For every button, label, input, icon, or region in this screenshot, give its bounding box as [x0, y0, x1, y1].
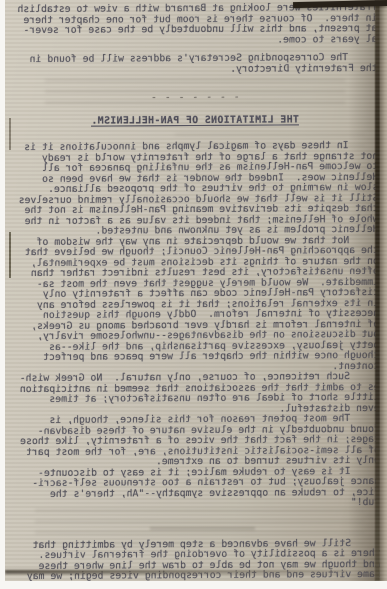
paragraph-silence: The most potent reason for this silence,… [14, 414, 380, 469]
photo-scan: fraternities were looking at Barnard wit… [0, 0, 387, 589]
paragraph-advanced: Still we have advanced a step merely by … [15, 538, 381, 581]
page-right-edge-strip [380, 0, 387, 581]
paragraph-reticence: Such reticence, of course, only natural.… [14, 372, 380, 416]
section-divider: - - - - - - - [12, 92, 378, 105]
page-edge-smudge [9, 232, 11, 278]
page-bottom-shadow [5, 570, 347, 574]
paragraph-council: Not that we would depreciate in any way … [13, 235, 380, 374]
page-edge-smudge [9, 118, 11, 150]
mirrored-text-layer: fraternities were looking at Barnard wit… [5, 0, 387, 581]
paragraph-secretary-note: The Corresponding Secretary's address wi… [12, 53, 378, 76]
typewritten-page: fraternities were looking at Barnard wit… [5, 0, 387, 581]
paragraph-pan-hellenism: In these days of magical lymphs and inno… [12, 141, 379, 238]
paragraph-rebuke: It is easy to rebuke malice; it is easy … [14, 466, 380, 510]
article-heading: THE LIMITATIONS OF PAN-HELLENISM. [12, 114, 378, 127]
paragraph-top-fragment: fraternities were looking at Barnard wit… [11, 3, 377, 47]
